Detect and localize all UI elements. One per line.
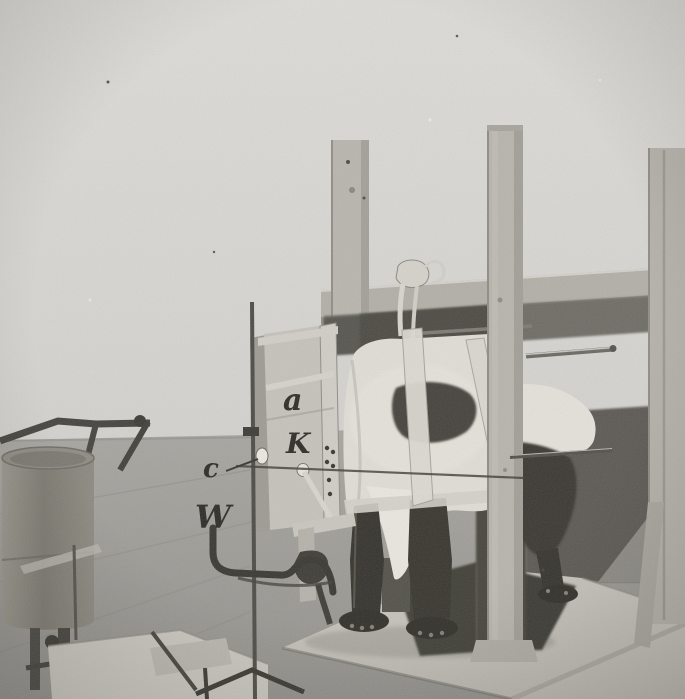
photograph-frame: a K bbox=[0, 0, 685, 699]
photo-svg: a K bbox=[0, 0, 685, 699]
grain-overlay bbox=[0, 0, 685, 699]
